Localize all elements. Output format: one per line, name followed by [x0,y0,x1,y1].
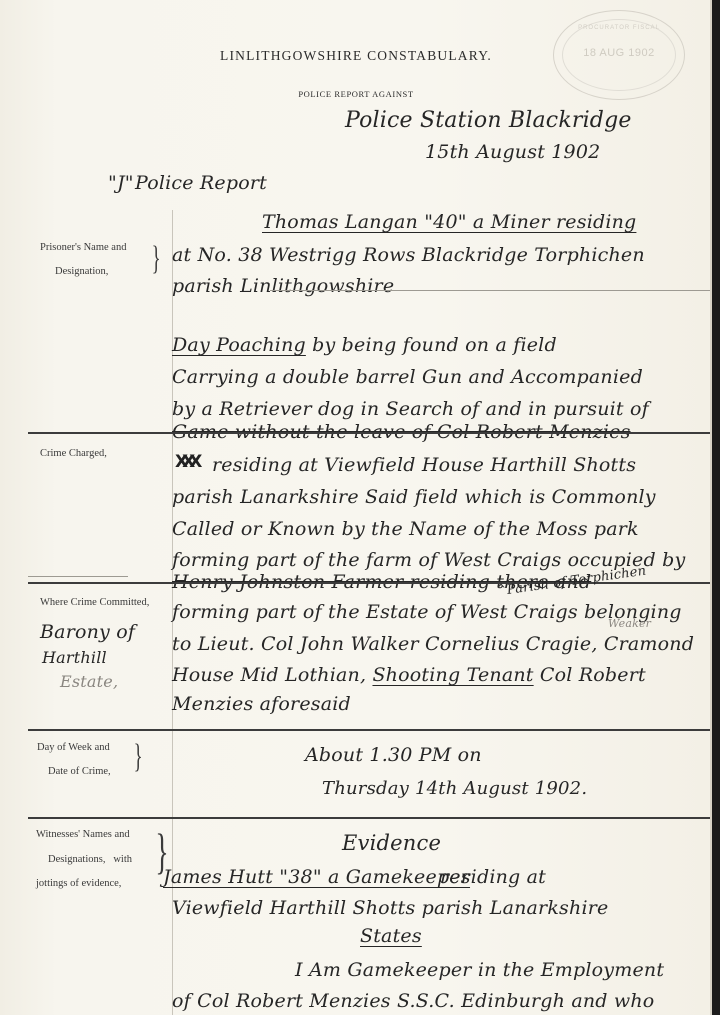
where-line-2: to Lieut. Col John Walker Cornelius Crag… [172,633,694,655]
prisoner-brace: } [152,242,161,276]
shooting-tenant: Shooting Tenant [372,664,533,686]
where-faint-insertion: Weaker [608,617,651,630]
date-brace: } [134,740,143,774]
prisoner-label-line2: Designation, [55,266,108,277]
margin-note-line-1: Barony of [40,621,135,643]
crime-line-5: residing at Viewfield House Harthill Sho… [212,454,636,476]
witness-line-5: of Col Robert Menzies S.S.C. Edinburgh a… [172,990,654,1012]
crime-line-2: Carrying a double barrel Gun and Accompa… [172,366,643,388]
witness-label-line1: Witnesses' Names and [36,829,130,840]
crime-line-6: parish Lanarkshire Said field which is C… [172,486,656,508]
witness-label-line3: jottings of evidence, [36,878,121,889]
date-top-divider [28,729,710,731]
crime-line-3: by a Retriever dog in Search of and in p… [172,398,649,420]
where-label: Where Crime Committed, [40,597,149,608]
crime-top-divider [28,432,710,434]
crime-short-divider [28,576,128,577]
page-title: LINLITHGOWSHIRE CONSTABULARY. [0,48,712,64]
report-number-label: Police Report [135,172,267,194]
date-label-line1: Day of Week and [37,742,110,753]
date-of-crime-line-1: About 1.30 PM on [305,744,482,766]
witness-line-4: I Am Gamekeeper in the Employment [295,959,664,981]
prisoner-label-line1: Prisoner's Name and [40,242,126,253]
margin-note-line-3: Estate, [60,672,118,691]
prisoner-line-2: at No. 38 Westrigg Rows Blackridge Torph… [172,244,645,266]
report-date: 15th August 1902 [425,141,600,163]
scan-edge-shadow [712,0,720,1015]
evidence-heading: Evidence [342,831,441,855]
prisoner-divider [270,290,710,291]
crime-offence: Day Poaching [172,334,306,356]
date-label-line2: Date of Crime, [48,766,111,777]
crime-line-7: Called or Known by the Name of the Moss … [172,518,639,540]
crime-line-1: Day Poaching by being found on a field [172,334,557,356]
where-line-1: forming part of the Estate of West Craig… [172,601,682,623]
station-place: Police Station Blackridge [345,108,632,133]
witness-label-line2: Designations, with [48,854,132,865]
insertion-caret: ^ [496,582,506,596]
crime-line-1-rest: by being found on a field [312,334,557,356]
police-report-page: PROCURATOR FISCAL 18 AUG 1902 LINLITHGOW… [0,0,712,1015]
margin-note-line-2: Harthill [42,648,107,667]
stamp-arc-text: PROCURATOR FISCAL [554,25,684,31]
prisoner-line-3: parish Linlithgowshire [172,275,394,297]
where-line-3-start: House Mid Lothian, [172,664,372,686]
crime-label: Crime Charged, [40,448,107,459]
where-line-3-end: Col Robert [534,664,646,686]
crossed-out-mark: XXX [175,452,196,472]
witness-name: James Hutt "38" a Gamekeeper [163,866,470,888]
witness-line-1: residing at [440,866,546,888]
witness-top-divider [28,817,710,819]
page-subtitle: POLICE REPORT AGAINST [0,89,712,99]
prisoner-line-1: Thomas Langan "40" a Miner residing [262,211,636,233]
report-number-mark: "J" [108,172,134,194]
witness-line-2: Viewfield Harthill Shotts parish Lanarks… [172,897,608,919]
where-line-3: House Mid Lothian, Shooting Tenant Col R… [172,664,646,686]
where-line-4: Menzies aforesaid [172,693,351,715]
witness-states: States [360,925,422,947]
date-of-crime-line-2: Thursday 14th August 1902. [322,778,587,799]
